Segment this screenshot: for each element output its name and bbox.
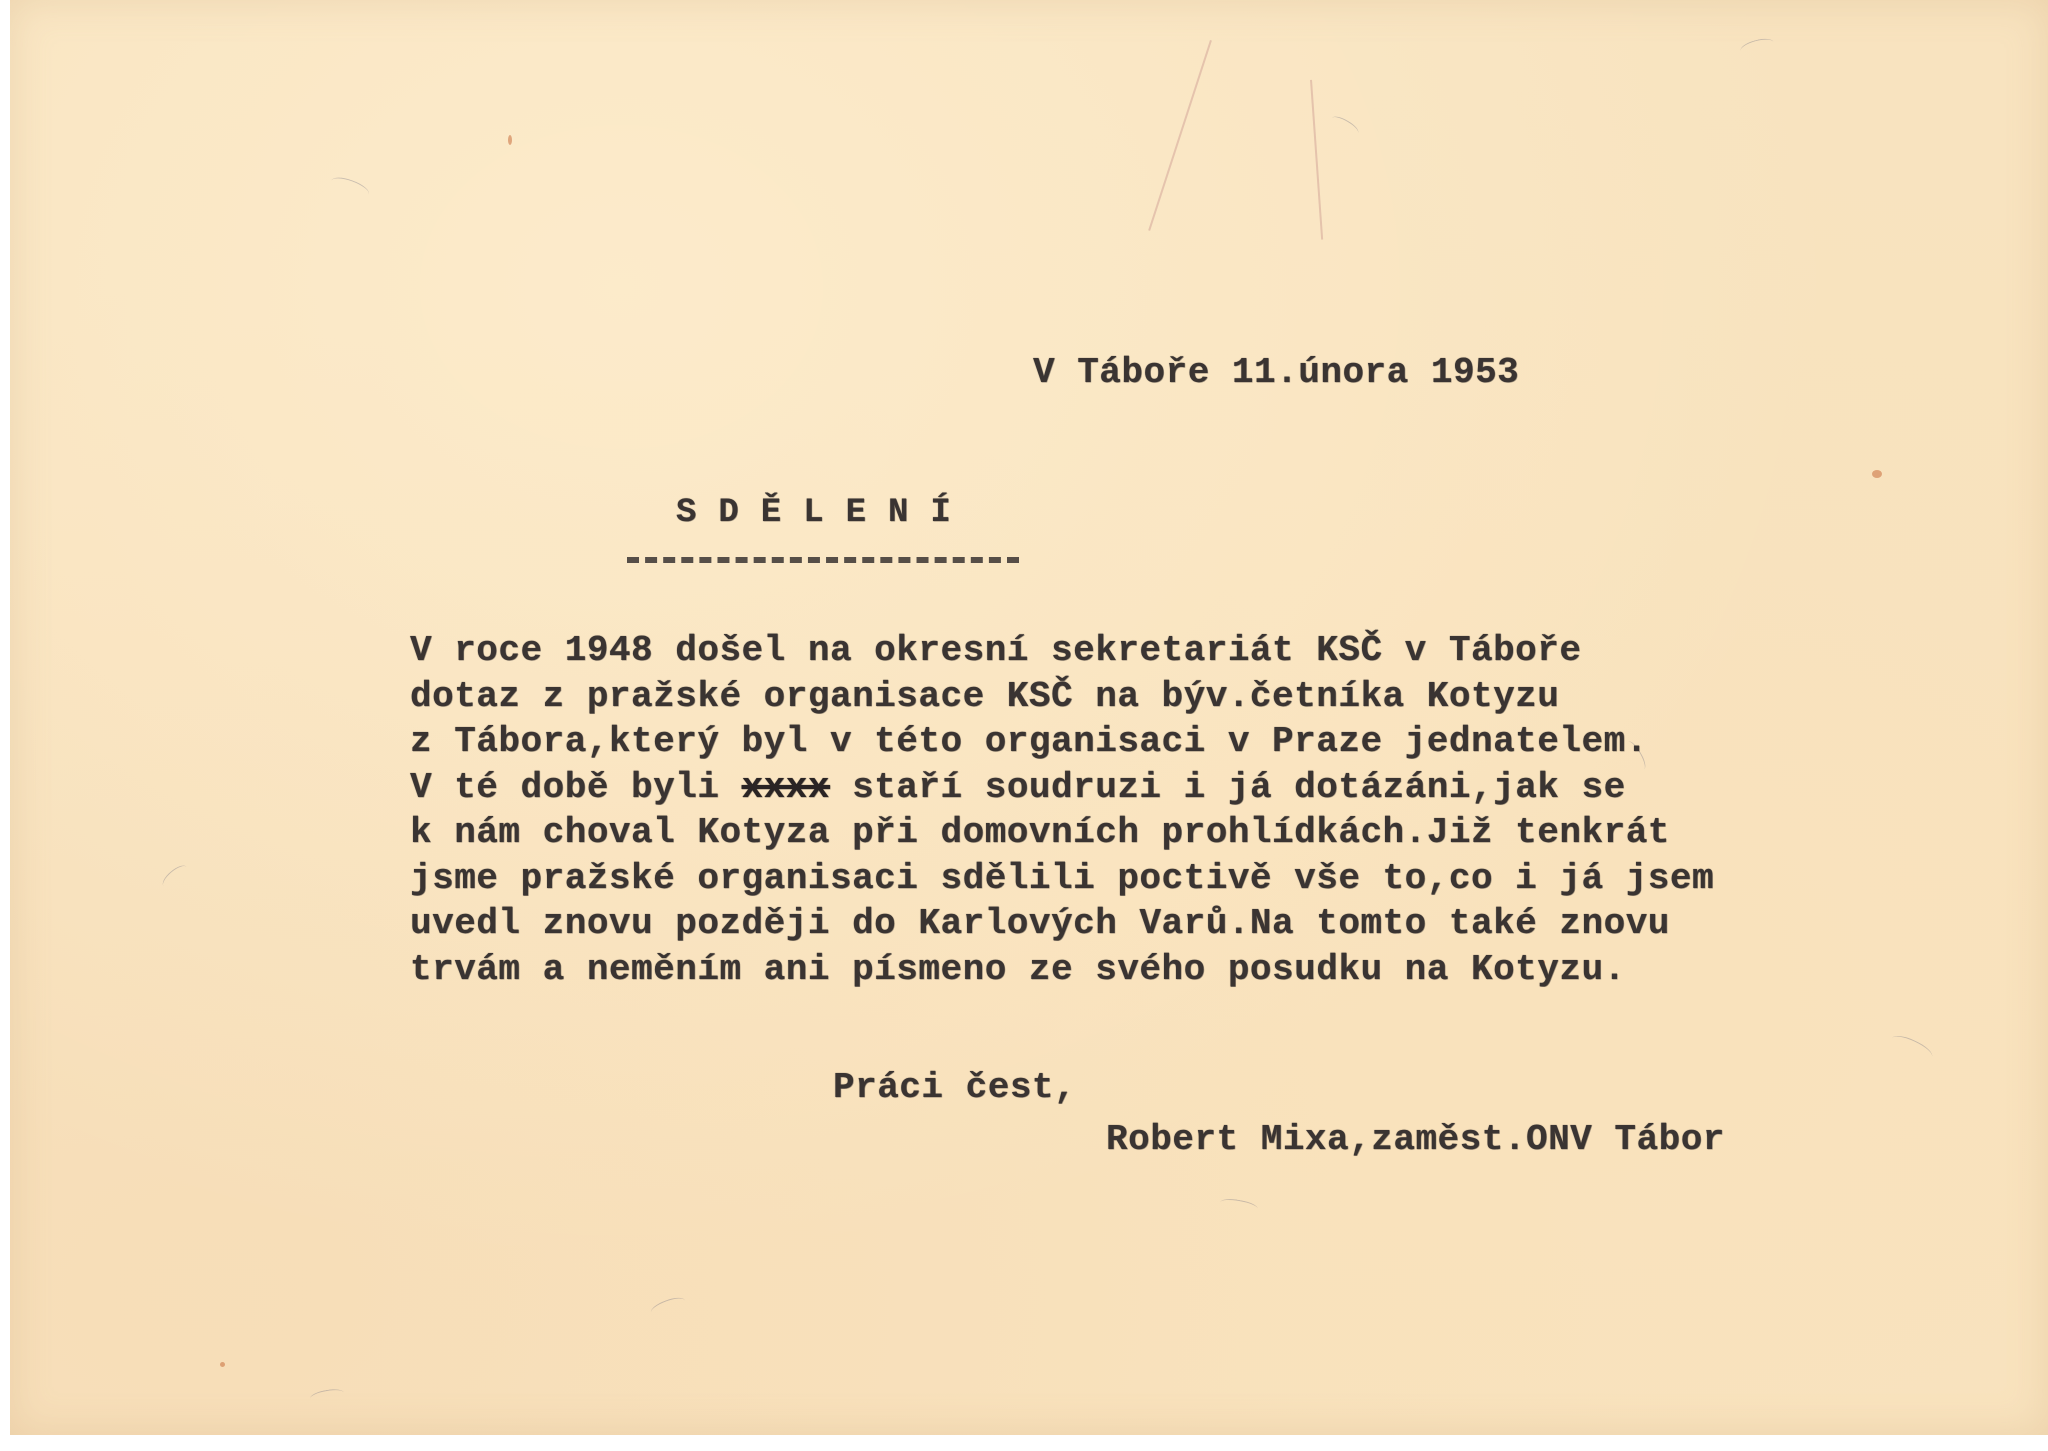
body-line: z Tábora,který byl v této organisaci v P… xyxy=(410,719,1714,765)
body-text: staří soudruzi i já dotázáni,jak se xyxy=(830,767,1626,808)
struck-out-text: xxxx xyxy=(742,767,830,808)
body-text: z Tábora,který byl v této organisaci v P… xyxy=(410,721,1648,762)
paper-fiber xyxy=(1889,1031,1935,1063)
paper-fiber xyxy=(1329,113,1360,138)
body-line: V roce 1948 došel na okresní sekretariát… xyxy=(410,628,1714,674)
paper-fleck xyxy=(1872,470,1882,478)
paper-fiber xyxy=(1219,1197,1258,1214)
document-title: SDĚLENÍ xyxy=(676,494,973,532)
body-line: V té době byli xxxx staří soudruzi i já … xyxy=(410,765,1714,811)
body-text: V roce 1948 došel na okresní sekretariát… xyxy=(410,630,1582,671)
body-text: uvedl znovu později do Karlových Varů.Na… xyxy=(410,903,1670,944)
pencil-mark xyxy=(1148,40,1212,231)
body-text: k nám choval Kotyza při domovních prohlí… xyxy=(410,812,1670,853)
paper-fiber xyxy=(329,174,372,202)
body-text: dotaz z pražské organisace KSČ na býv.če… xyxy=(410,676,1559,717)
body-line: dotaz z pražské organisace KSČ na býv.če… xyxy=(410,674,1714,720)
paper-fiber xyxy=(1739,36,1775,57)
body-text: trvám a neměním ani písmeno ze svého pos… xyxy=(410,949,1626,990)
paper-fiber xyxy=(159,862,190,891)
body-line: uvedl znovu později do Karlových Varů.Na… xyxy=(410,901,1714,947)
pencil-mark xyxy=(1310,80,1323,240)
body-line: k nám choval Kotyza při domovních prohlí… xyxy=(410,810,1714,856)
body-text: V té době byli xyxy=(410,767,742,808)
paper-fleck xyxy=(508,135,512,145)
body-line: trvám a neměním ani písmeno ze svého pos… xyxy=(410,947,1714,993)
message-body: V roce 1948 došel na okresní sekretariát… xyxy=(410,628,1714,992)
body-line: jsme pražské organisaci sdělili poctivě … xyxy=(410,856,1714,902)
date-line: V Táboře 11.února 1953 xyxy=(1033,352,1519,393)
signature-line: Robert Mixa,zaměst.ONV Tábor xyxy=(1106,1119,1725,1160)
paper-fleck xyxy=(220,1362,225,1367)
paper-fiber xyxy=(309,1387,344,1404)
body-text: jsme pražské organisaci sdělili poctivě … xyxy=(410,858,1714,899)
closing-salutation: Práci čest, xyxy=(833,1067,1076,1108)
title-underline xyxy=(627,557,1019,563)
paper-fiber xyxy=(649,1294,687,1319)
